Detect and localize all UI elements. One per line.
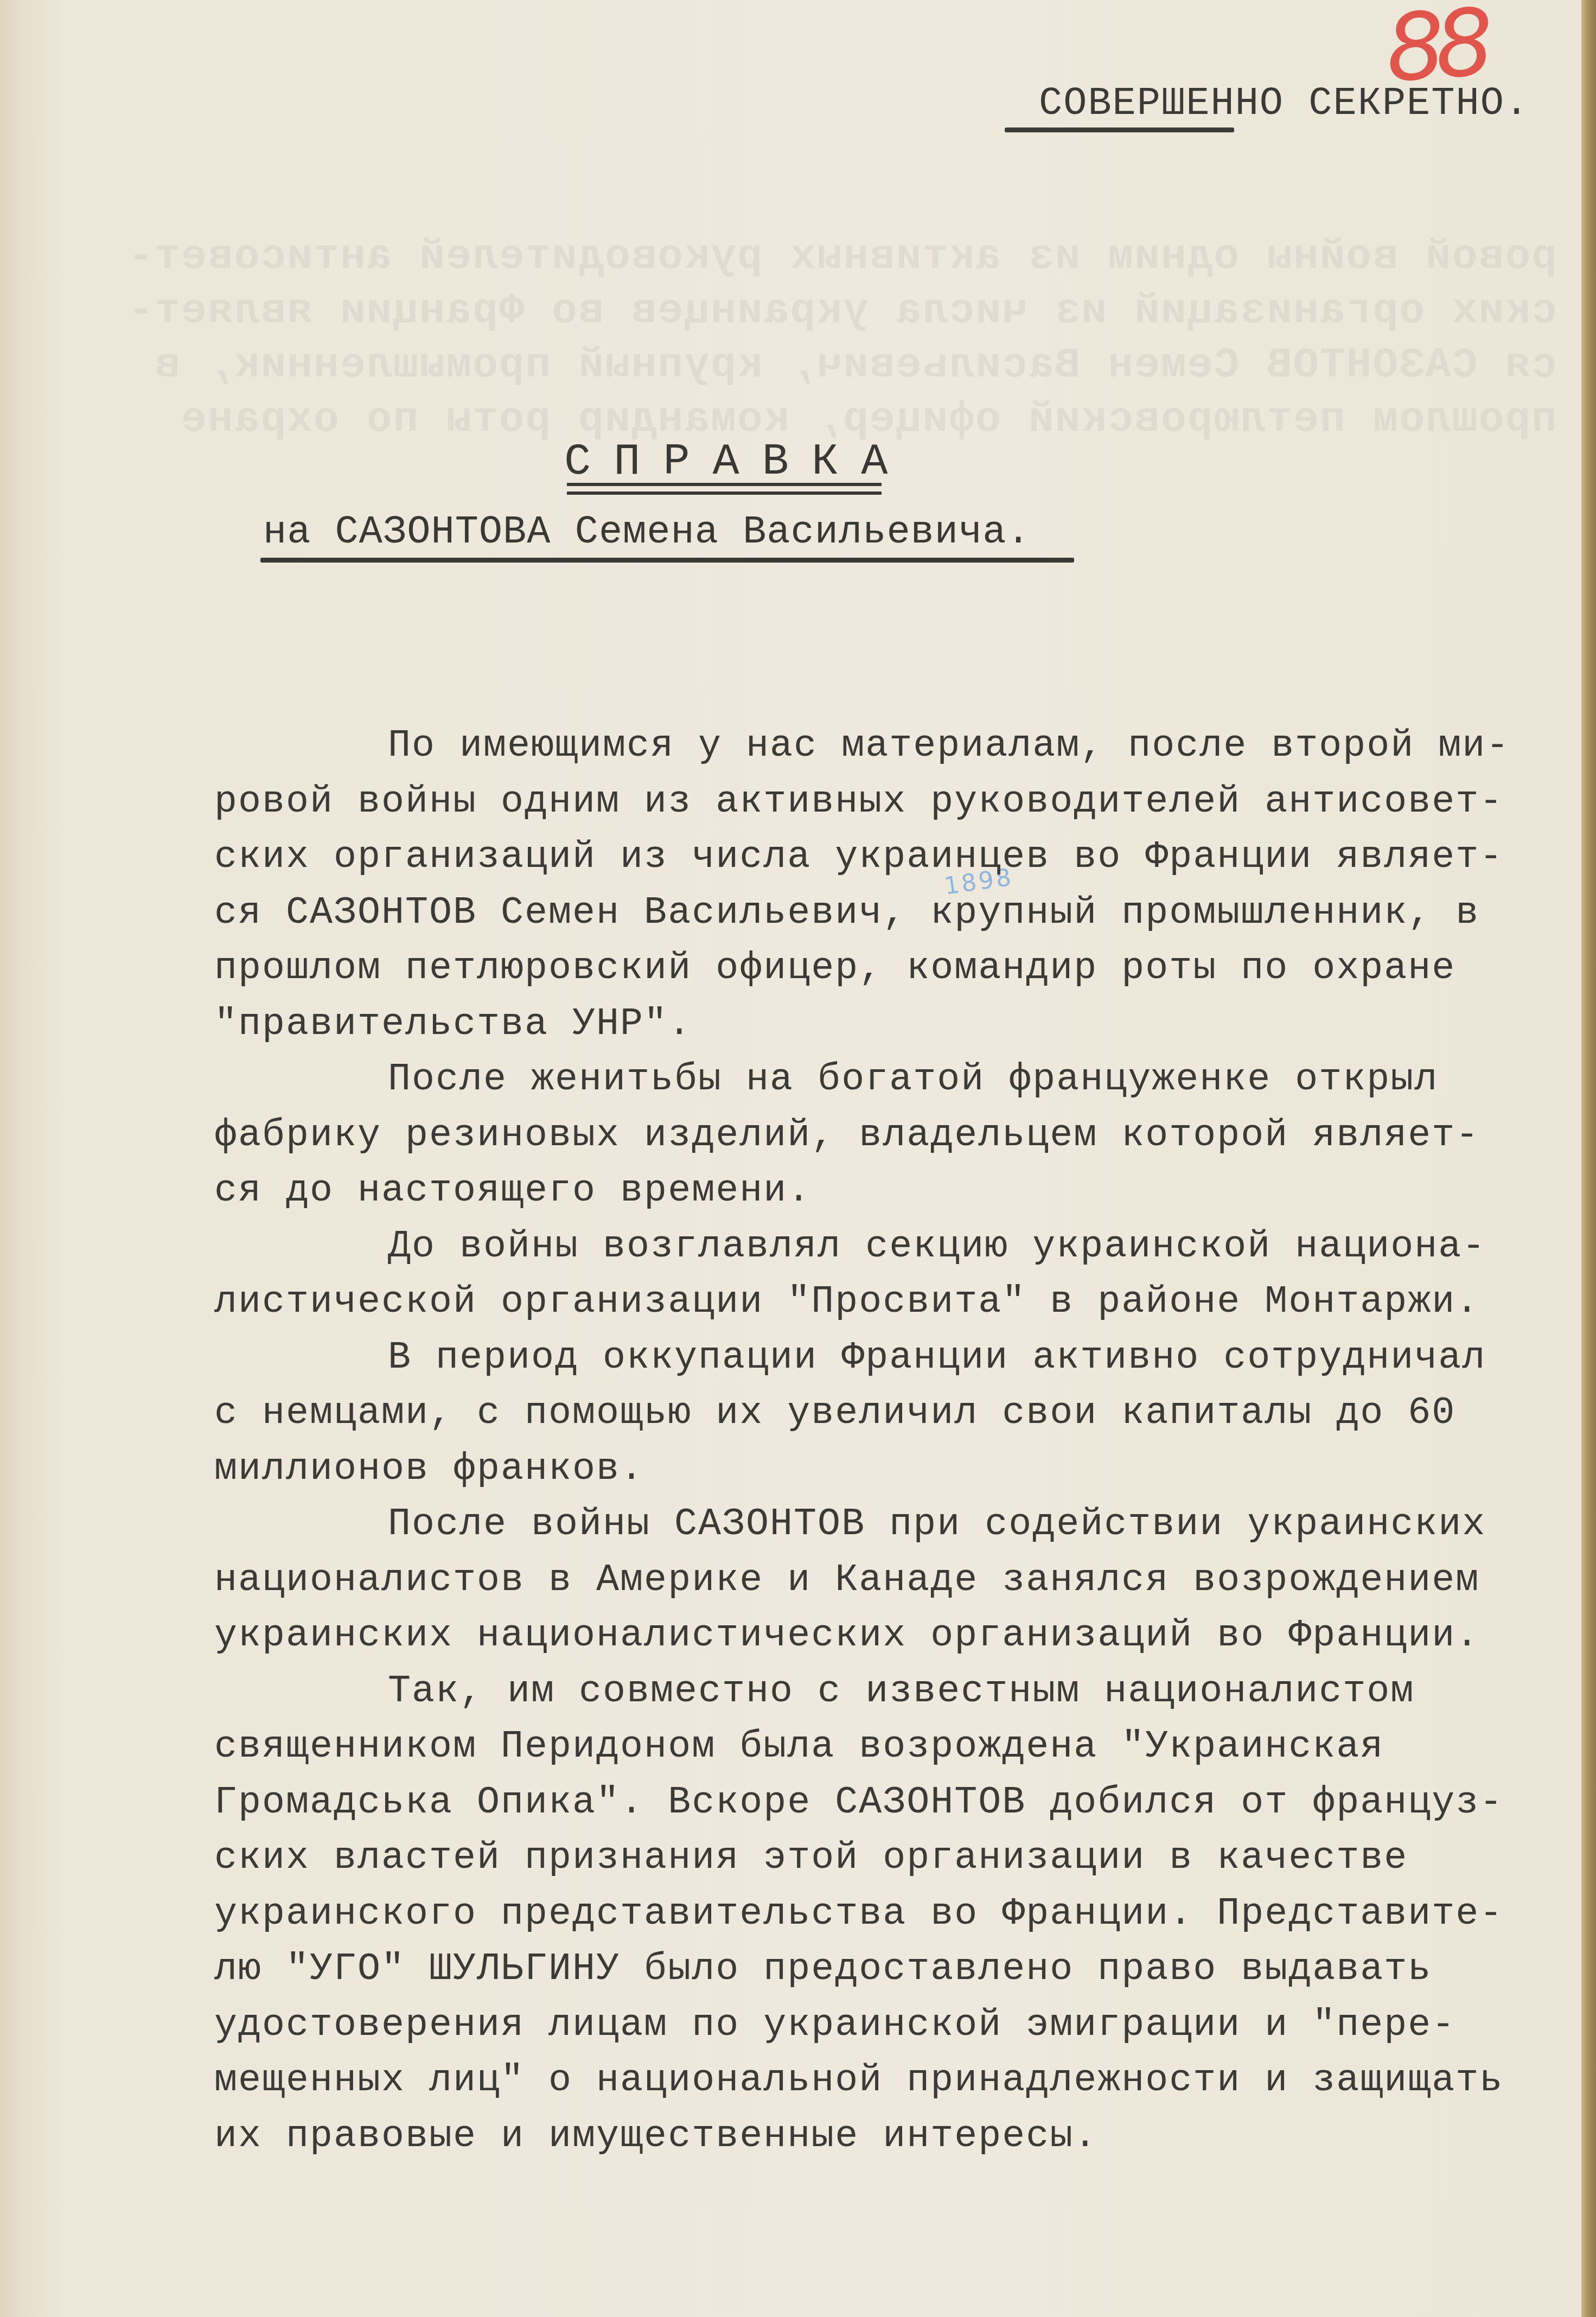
text-line: с немцами, с помощью их увеличил свои ка… xyxy=(214,1386,1581,1442)
text-line: удостоверения лицам по украинской эмигра… xyxy=(214,1998,1581,2054)
text-line: До войны возглавлял секцию украинской на… xyxy=(214,1220,1581,1275)
paper-edge xyxy=(1581,0,1596,2317)
title-underline xyxy=(567,483,882,486)
show-through-text: ровой войны одним из активных руководите… xyxy=(228,233,1557,281)
subtitle-underline xyxy=(260,558,1074,563)
classification-marking: СОВЕРШЕННО СЕКРЕТНО. xyxy=(1039,81,1529,126)
text-line: После женитьбы на богатой француженке от… xyxy=(214,1052,1581,1108)
text-line: священником Перидоном была возрождена "У… xyxy=(214,1720,1581,1776)
text-line: миллионов франков. xyxy=(214,1442,1581,1498)
document-subtitle: на САЗОНТОВА Семена Васильевича. xyxy=(263,510,1031,554)
text-line: украинского представительства во Франции… xyxy=(214,1887,1581,1943)
text-line: ских властей признания этой организации … xyxy=(214,1831,1581,1887)
document-body: По имеющимся у нас материалам, после вто… xyxy=(214,719,1581,2165)
text-line: лю "УГО" ШУЛЬГИНУ было предоставлено пра… xyxy=(214,1942,1581,1998)
text-line: листической организации "Просвита" в рай… xyxy=(214,1275,1581,1331)
show-through-text: ся САЗОНТОВ Семен Васильевич, крупный пр… xyxy=(228,342,1557,390)
show-through-text: ских организаций из числа украинцев во Ф… xyxy=(228,288,1557,335)
document-title: СПРАВКА xyxy=(564,437,910,487)
text-line: ровой войны одним из активных руководите… xyxy=(214,775,1581,831)
text-line: мещенных лиц" о национальной принадлежно… xyxy=(214,2053,1581,2109)
text-line: ся до настоящего времени. xyxy=(214,1164,1581,1220)
text-line: После войны САЗОНТОВ при содействии укра… xyxy=(214,1497,1581,1553)
text-line: националистов в Америке и Канаде занялся… xyxy=(214,1553,1581,1609)
text-line: Так, им совместно с известным националис… xyxy=(214,1664,1581,1720)
text-line: "правительства УНР". xyxy=(214,997,1581,1053)
text-line: фабрику резиновых изделий, владельцем ко… xyxy=(214,1108,1581,1164)
text-line: украинских националистических организаци… xyxy=(214,1609,1581,1664)
text-line: их правовые и имущественные интересы. xyxy=(214,2109,1581,2165)
text-line: ся САЗОНТОВ Семен Васильевич, крупный пр… xyxy=(214,886,1581,942)
text-line: прошлом петлюровский офицер, командир ро… xyxy=(214,941,1581,997)
text-line: По имеющимся у нас материалам, после вто… xyxy=(214,719,1581,775)
title-underline-second xyxy=(567,492,882,495)
classification-underline xyxy=(1005,127,1234,132)
text-line: В период оккупации Франции активно сотру… xyxy=(214,1331,1581,1387)
text-line: Громадська Опика". Вскоре САЗОНТОВ добил… xyxy=(214,1776,1581,1831)
text-line: ских организаций из числа украинцев во Ф… xyxy=(214,830,1581,886)
document-page: ровой войны одним из активных руководите… xyxy=(0,0,1581,2317)
